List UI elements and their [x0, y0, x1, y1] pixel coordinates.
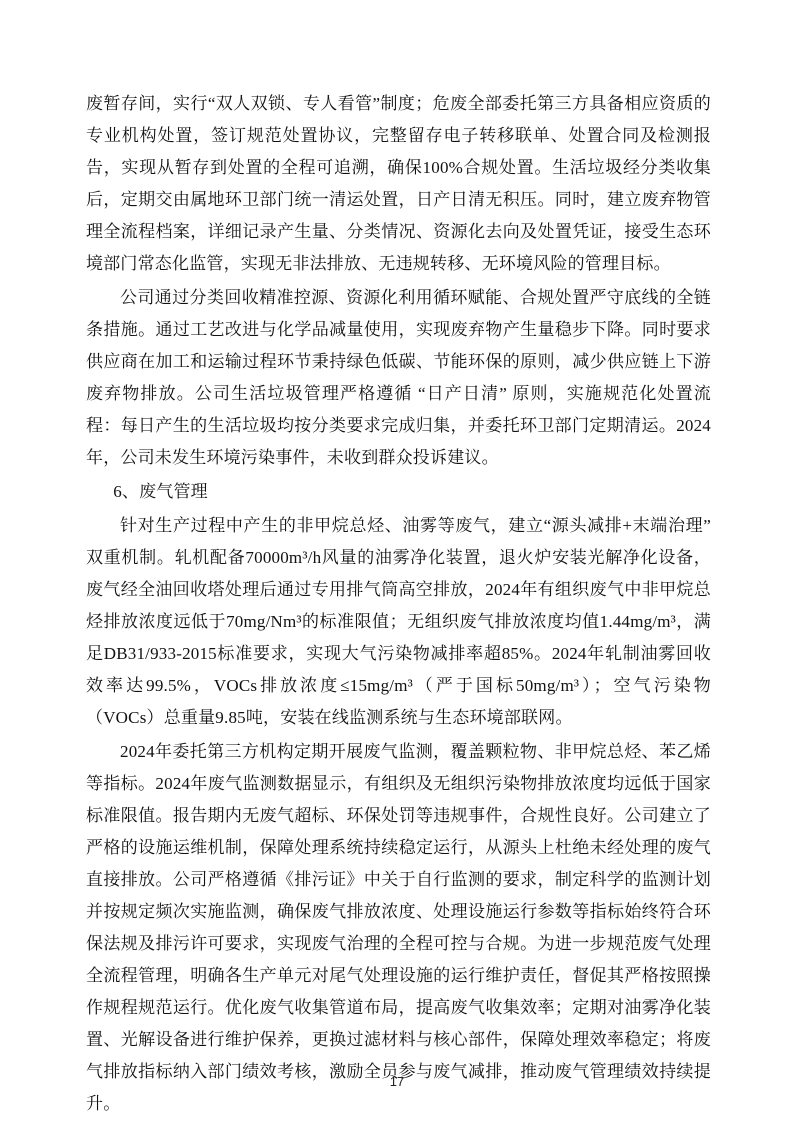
paragraph-waste-gas-monitoring: 2024年委托第三方机构定期开展废气监测，覆盖颗粒物、非甲烷总烃、苯乙烯等指标。…: [86, 736, 711, 1120]
document-body: 废暂存间，实行“双人双锁、专人看管”制度；危废全部委托第三方具备相应资质的专业机…: [86, 88, 711, 1122]
document-page: 废暂存间，实行“双人双锁、专人看管”制度；危废全部委托第三方具备相应资质的专业机…: [0, 0, 794, 1123]
paragraph-hazardous-waste-continued: 废暂存间，实行“双人双锁、专人看管”制度；危废全部委托第三方具备相应资质的专业机…: [86, 88, 711, 280]
paragraph-recycling-chain: 公司通过分类回收精准控源、资源化利用循环赋能、合规处置严守底线的全链条措施。通过…: [86, 282, 711, 474]
section-heading-waste-gas-management: 6、废气管理: [86, 476, 711, 508]
paragraph-waste-gas-treatment: 针对生产过程中产生的非甲烷总烃、油雾等废气，建立“源头减排+末端治理”双重机制。…: [86, 510, 711, 734]
page-footer: 17: [0, 1074, 794, 1089]
page-number: 17: [390, 1074, 404, 1089]
